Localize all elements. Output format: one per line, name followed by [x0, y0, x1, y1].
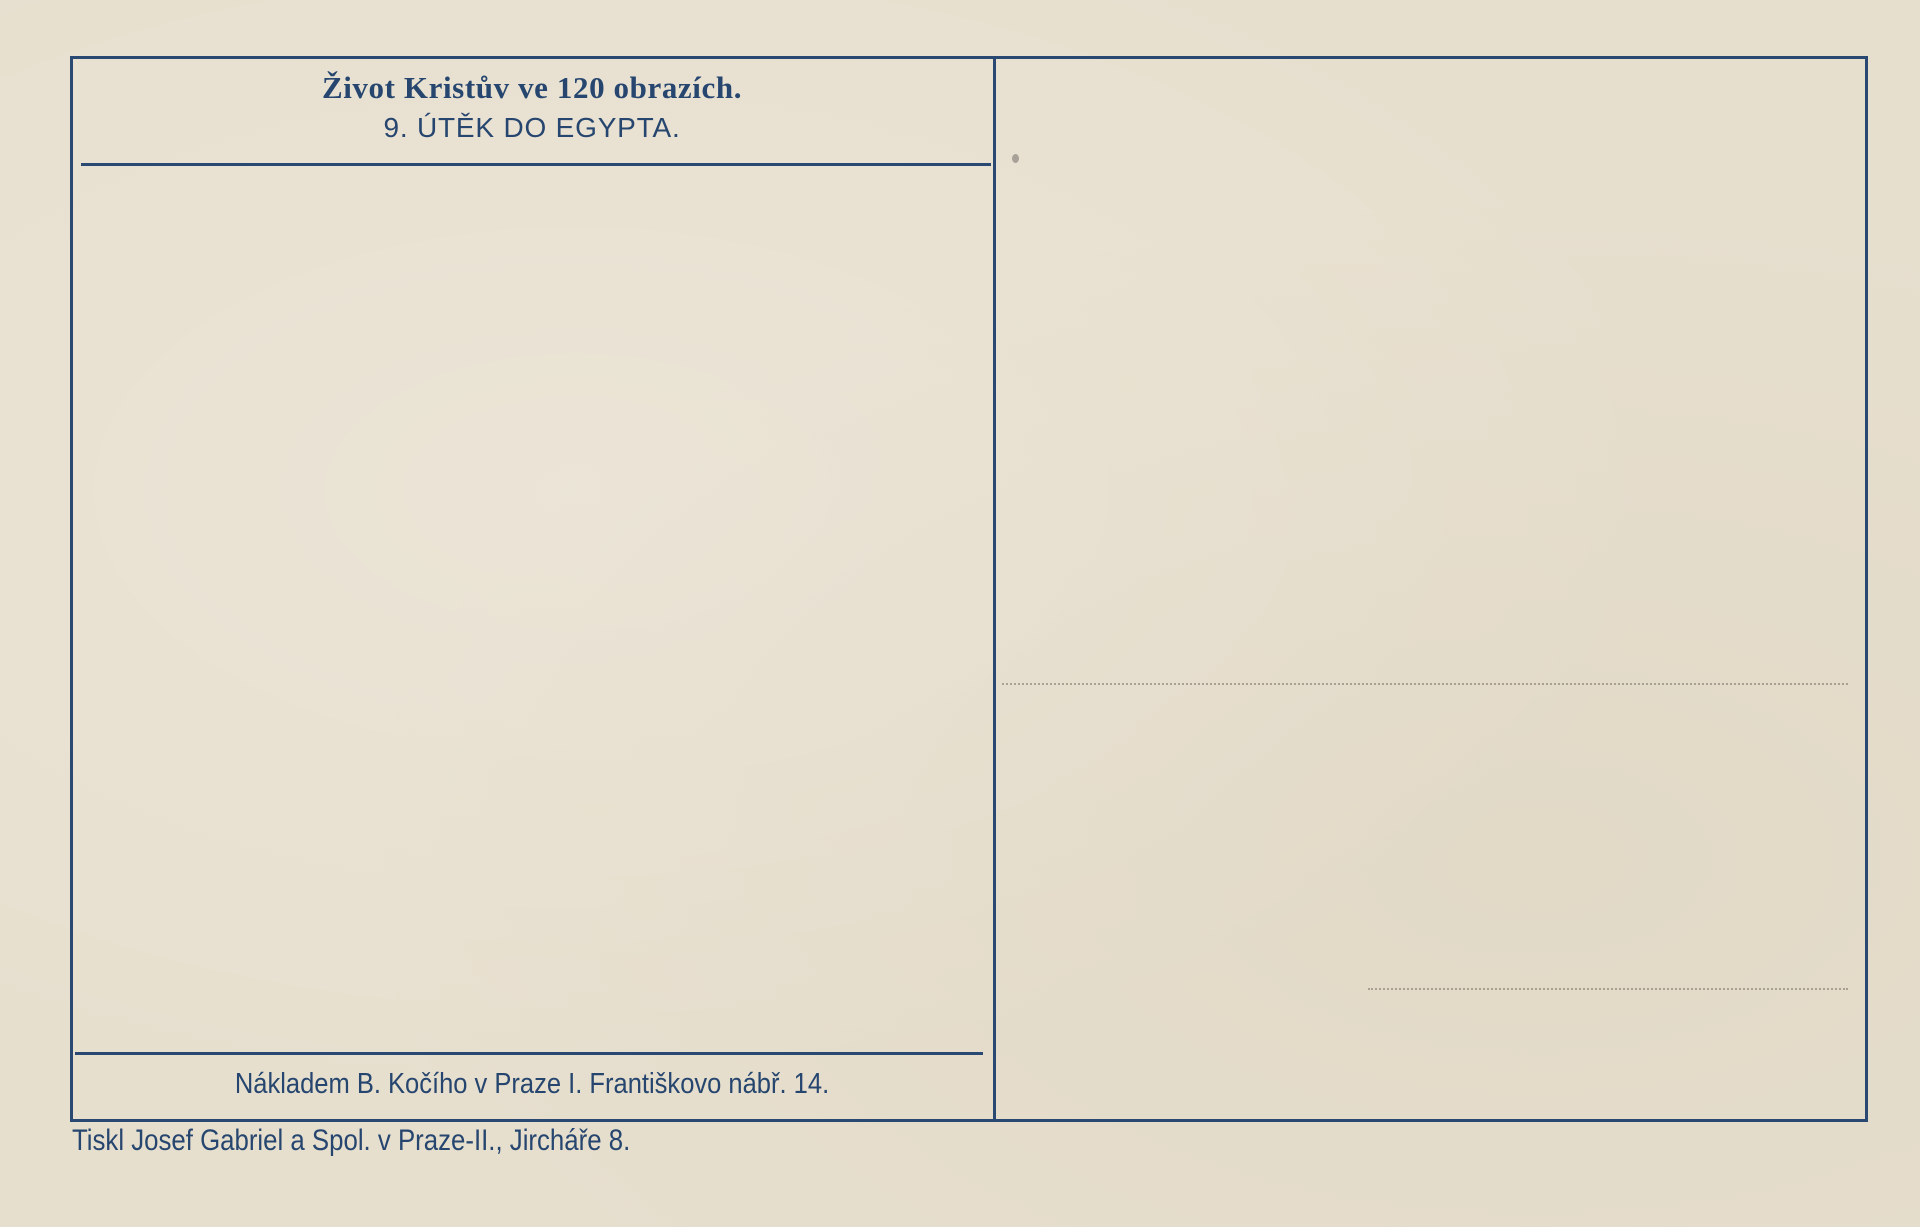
postcard-paper — [0, 0, 1920, 1227]
frame-left-border — [70, 56, 73, 1122]
frame-bottom-border — [70, 1119, 1868, 1122]
header-divider — [81, 163, 991, 166]
printer-imprint: Tiskl Josef Gabriel a Spol. v Praze-II.,… — [72, 1124, 630, 1158]
publisher-imprint: Nákladem B. Kočího v Praze I. Františkov… — [127, 1068, 937, 1101]
address-line-2 — [1368, 988, 1848, 990]
ink-speck — [1012, 154, 1019, 163]
address-line-1 — [1002, 683, 1848, 685]
card-title: 9. ÚTĚK DO EGYPTA. — [72, 112, 992, 144]
frame-top-border — [70, 56, 1868, 59]
center-divider — [993, 58, 996, 1120]
frame-right-border — [1865, 56, 1868, 1122]
series-title: Život Kristův ve 120 obrazích. — [72, 70, 992, 106]
footer-divider — [75, 1052, 983, 1055]
